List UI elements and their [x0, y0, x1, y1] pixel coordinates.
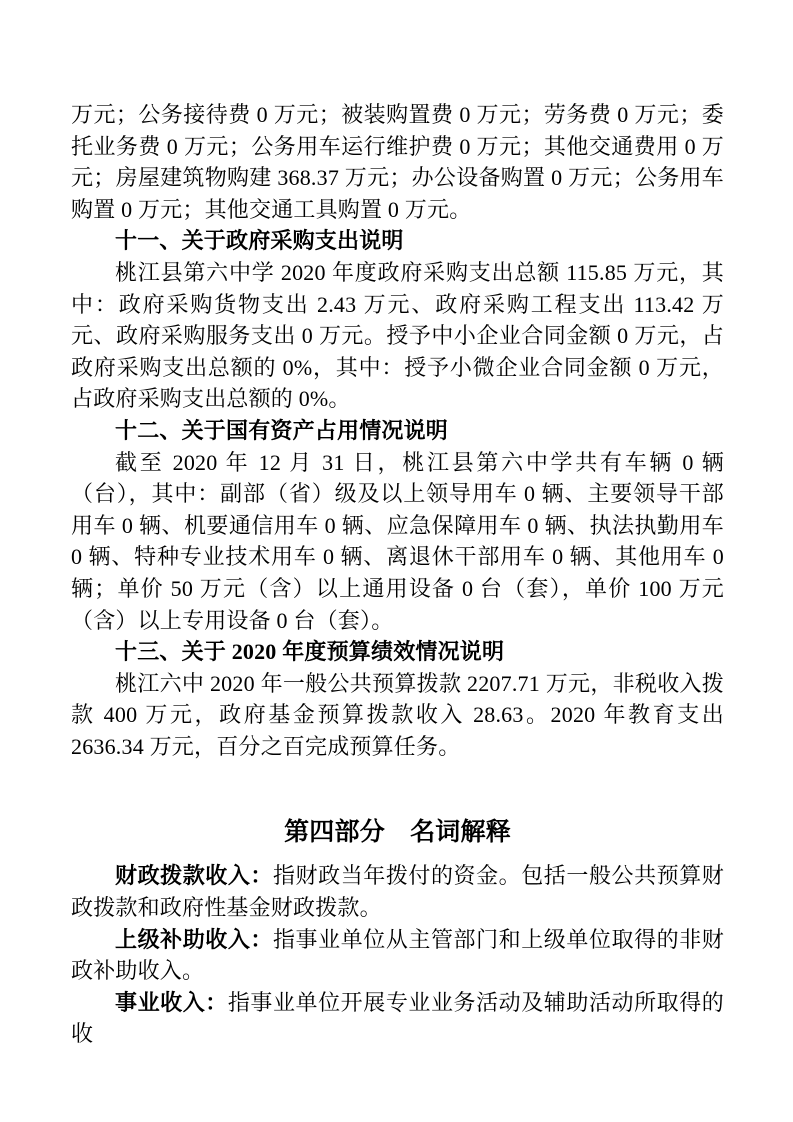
paragraph-section-13-body: 桃江六中 2020 年一般公共预算拨款 2207.71 万元，非税收入拨款 40…	[71, 668, 724, 763]
heading-part-4-glossary-title: 第四部分 名词解释	[71, 815, 724, 851]
paragraph-section-11-body: 桃江县第六中学 2020 年度政府采购支出总额 115.85 万元，其中：政府采…	[71, 257, 724, 415]
paragraph-definition-institutional-income-cutoff: 事业收入：指事业单位开展专业业务活动及辅助活动所取得的收	[71, 987, 724, 1050]
paragraph-definition-fiscal-appropriation-income: 财政拨款收入：指财政当年拨付的资金。包括一般公共预算财政拨款和政府性基金财政拨款…	[71, 860, 724, 923]
definition-term-fiscal-appropriation-income: 财政拨款收入：	[115, 863, 273, 888]
heading-section-13-budget-performance: 十三、关于 2020 年度预算绩效情况说明	[71, 636, 724, 668]
definition-term-superior-subsidy-income: 上级补助收入：	[115, 927, 273, 952]
definition-term-institutional-income: 事业收入：	[115, 990, 228, 1015]
document-page: 万元；公务接待费 0 万元；被装购置费 0 万元；劳务费 0 万元；委托业务费 …	[0, 0, 793, 1122]
paragraph-three-public-expense-continuation: 万元；公务接待费 0 万元；被装购置费 0 万元；劳务费 0 万元；委托业务费 …	[71, 99, 724, 225]
paragraph-definition-superior-subsidy-income: 上级补助收入：指事业单位从主管部门和上级单位取得的非财政补助收入。	[71, 924, 724, 987]
heading-section-12-state-asset-occupancy: 十二、关于国有资产占用情况说明	[71, 415, 724, 447]
heading-section-11-government-procurement: 十一、关于政府采购支出说明	[71, 225, 724, 257]
paragraph-section-12-body: 截至 2020 年 12 月 31 日，桃江县第六中学共有车辆 0 辆（台），其…	[71, 447, 724, 637]
document-content: 万元；公务接待费 0 万元；被装购置费 0 万元；劳务费 0 万元；委托业务费 …	[71, 99, 724, 1050]
